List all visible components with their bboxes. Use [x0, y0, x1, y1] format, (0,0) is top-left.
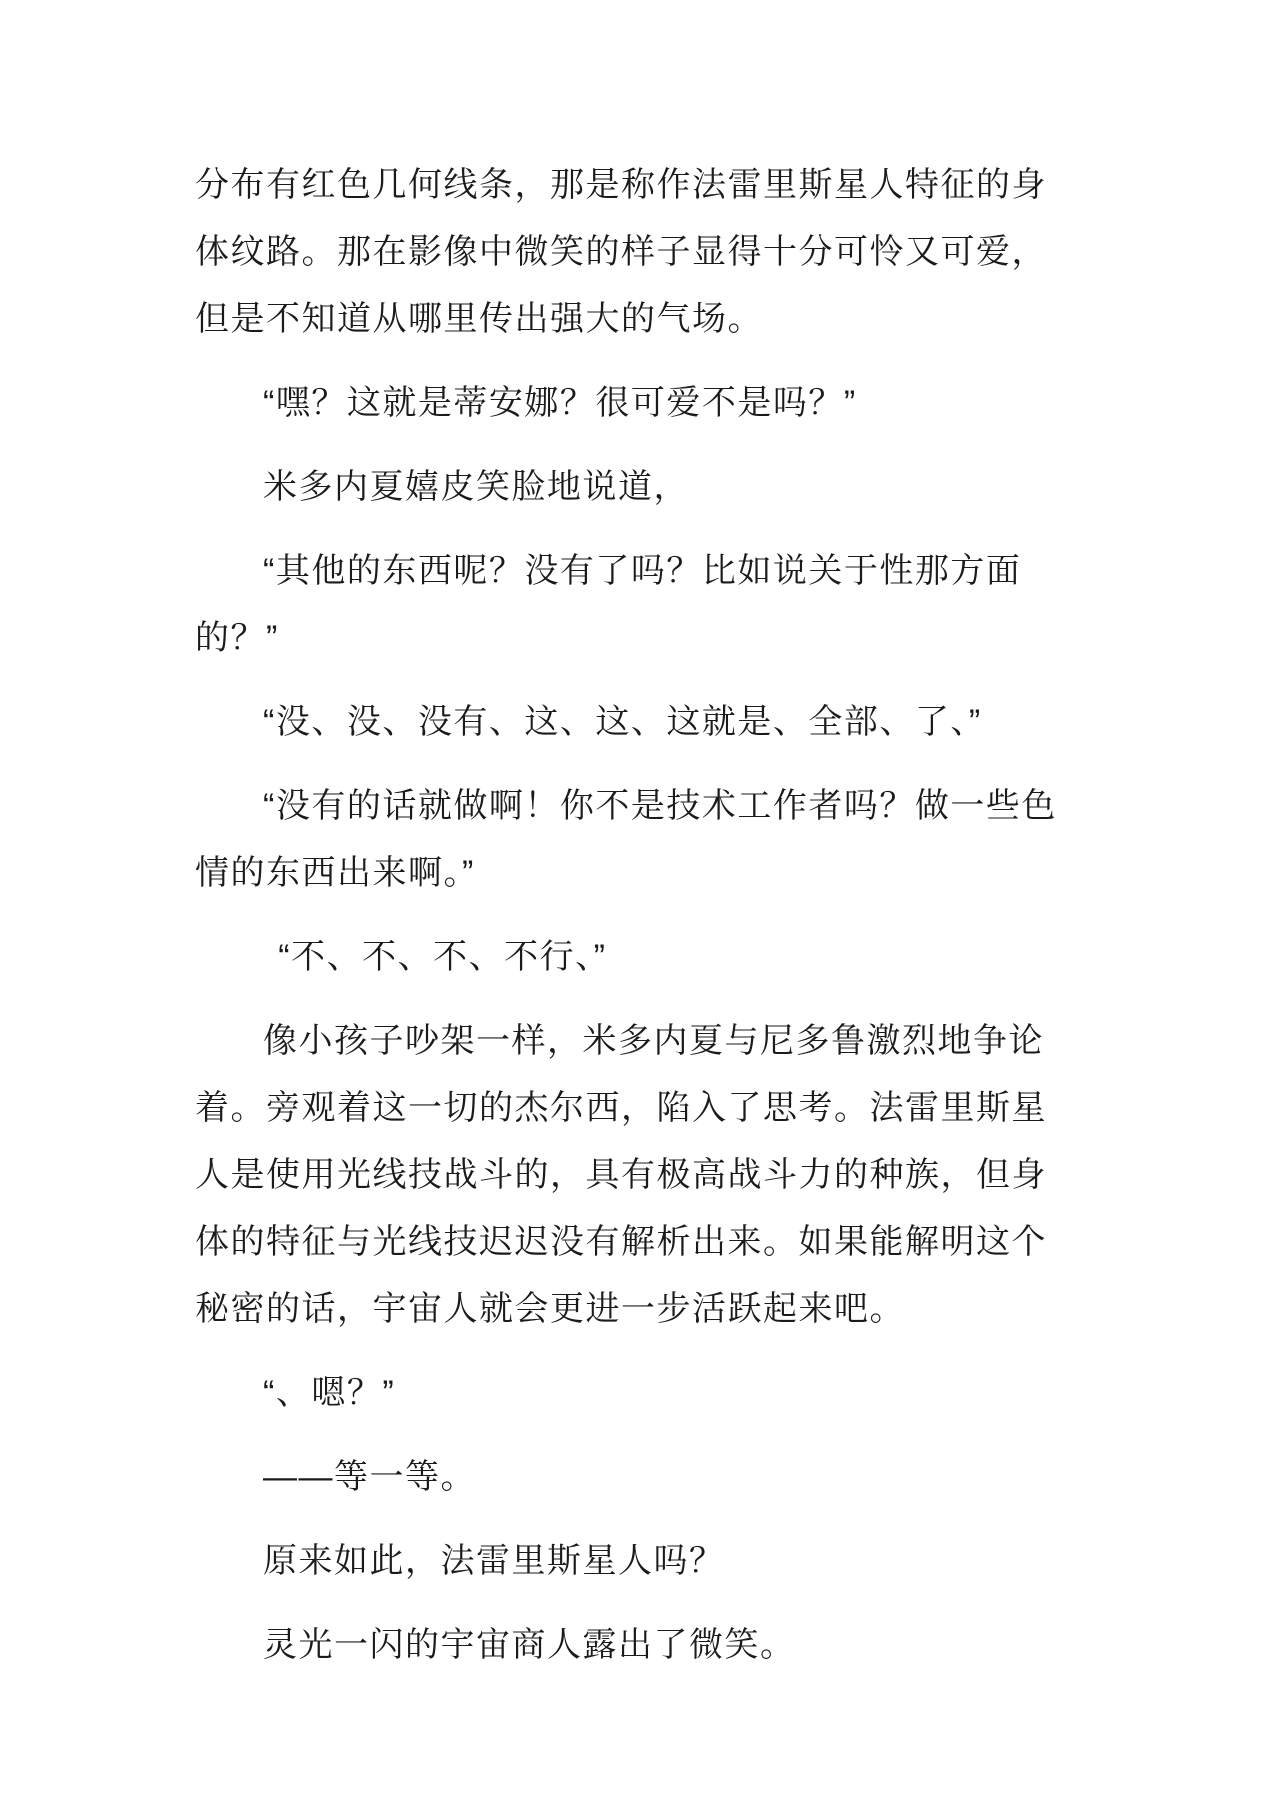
paragraph-narration: 分布有红色几何线条，那是称作法雷里斯星人特征的身体纹路。那在影像中微笑的样子显得… [195, 152, 1063, 353]
paragraph-dialogue: “、嗯？” [195, 1360, 1063, 1427]
text-block: 分布有红色几何线条，那是称作法雷里斯星人特征的身体纹路。那在影像中微笑的样子显得… [195, 152, 1063, 1696]
paragraph-dialogue: “不、不、不、不行、” [195, 924, 1063, 991]
paragraph-dialogue: “其他的东西呢？没有了吗？比如说关于性那方面的？” [195, 538, 1063, 672]
paragraph-dialogue: “没有的话就做啊！你不是技术工作者吗？做一些色情的东西出来啊。” [195, 773, 1063, 907]
paragraph-inner-thought: ——等一等。 [195, 1444, 1063, 1511]
paragraph-narration: 灵光一闪的宇宙商人露出了微笑。 [195, 1612, 1063, 1679]
paragraph-inner-thought: 原来如此，法雷里斯星人吗？ [195, 1528, 1063, 1595]
paragraph-narration: 米多内夏嬉皮笑脸地说道， [195, 454, 1063, 521]
novel-page: 分布有红色几何线条，那是称作法雷里斯星人特征的身体纹路。那在影像中微笑的样子显得… [0, 0, 1280, 1810]
paragraph-dialogue: “没、没、没有、这、这、这就是、全部、了、” [195, 689, 1063, 756]
paragraph-narration: 像小孩子吵架一样，米多内夏与尼多鲁激烈地争论着。旁观着这一切的杰尔西，陷入了思考… [195, 1008, 1063, 1343]
paragraph-dialogue: “嘿？这就是蒂安娜？很可爱不是吗？” [195, 370, 1063, 437]
